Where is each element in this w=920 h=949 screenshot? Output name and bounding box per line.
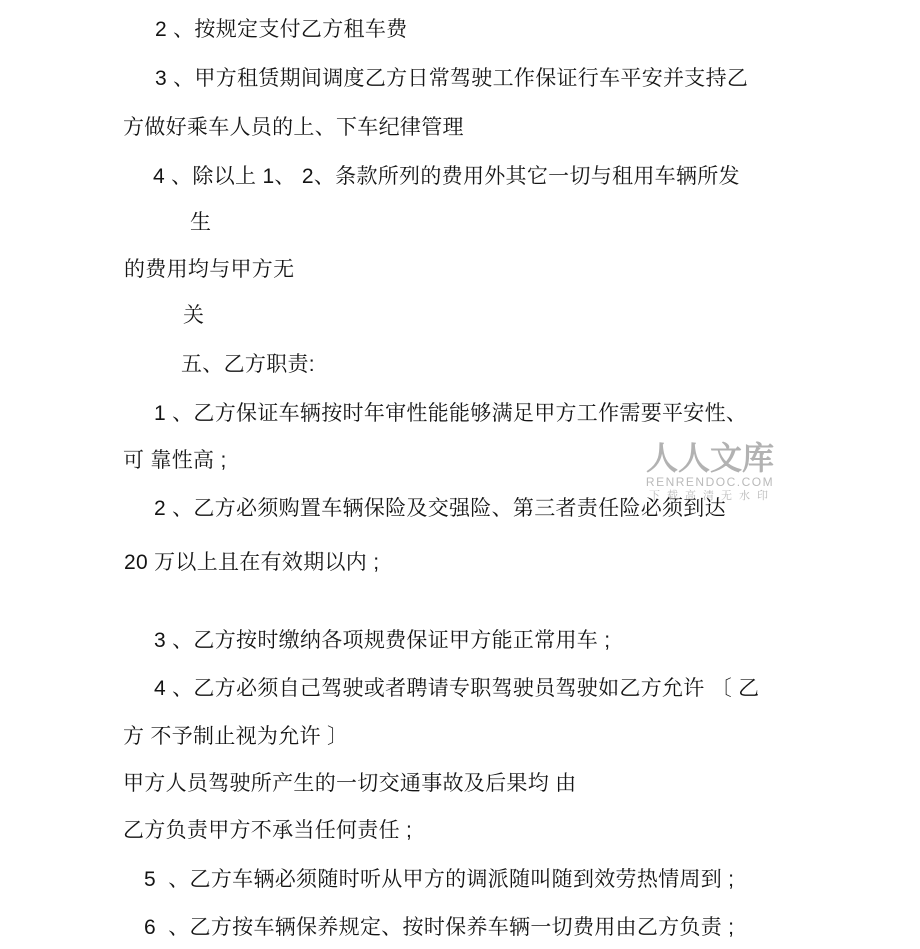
doc-line: 3 、甲方租赁期间调度乙方日常驾驶工作保证行车平安并支持乙: [155, 66, 748, 92]
doc-line: 乙方负责甲方不承当任何责任 ;: [123, 818, 412, 844]
doc-line: 五、乙方职责:: [181, 352, 315, 378]
watermark-domain-text: RENRENDOC.COM: [642, 476, 778, 489]
doc-line: 生: [190, 210, 211, 236]
doc-line: 5 、乙方车辆必须随时听从甲方的调派随叫随到效劳热情周到 ;: [144, 867, 734, 893]
doc-line: 6 、乙方按车辆保养规定、按时保养车辆一切费用由乙方负责 ;: [144, 915, 734, 941]
doc-line: 关: [183, 303, 204, 329]
doc-line: 3 、乙方按时缴纳各项规费保证甲方能正常用车 ;: [154, 628, 610, 654]
doc-line: 方做好乘车人员的上、下车纪律管理: [123, 115, 464, 141]
doc-line: 方 不予制止视为允许 〕: [123, 724, 348, 750]
doc-line: 20 万以上且在有效期以内 ;: [124, 550, 379, 576]
doc-line: 可 靠性高 ;: [123, 448, 227, 474]
doc-line: 2 、乙方必须购置车辆保险及交强险、第三者责任险必须到达: [154, 496, 726, 522]
doc-line: 2 、按规定支付乙方租车费: [155, 17, 407, 43]
document-page: 人人文库 RENRENDOC.COM 下载高清无水印 2 、按规定支付乙方租车费…: [0, 0, 920, 949]
watermark: 人人文库 RENRENDOC.COM 下载高清无水印: [642, 441, 778, 503]
doc-line: 4 、乙方必须自己驾驶或者聘请专职驾驶员驾驶如乙方允许 〔 乙: [154, 676, 759, 702]
doc-line: 甲方人员驾驶所产生的一切交通事故及后果均 由: [123, 771, 576, 797]
doc-line: 4 、除以上 1、 2、条款所列的费用外其它一切与租用车辆所发: [153, 164, 740, 190]
doc-line: 的费用均与甲方无: [124, 257, 294, 283]
doc-line: 1 、乙方保证车辆按时年审性能能够满足甲方工作需要平安性、: [154, 401, 747, 427]
watermark-logo-text: 人人文库: [642, 441, 778, 475]
